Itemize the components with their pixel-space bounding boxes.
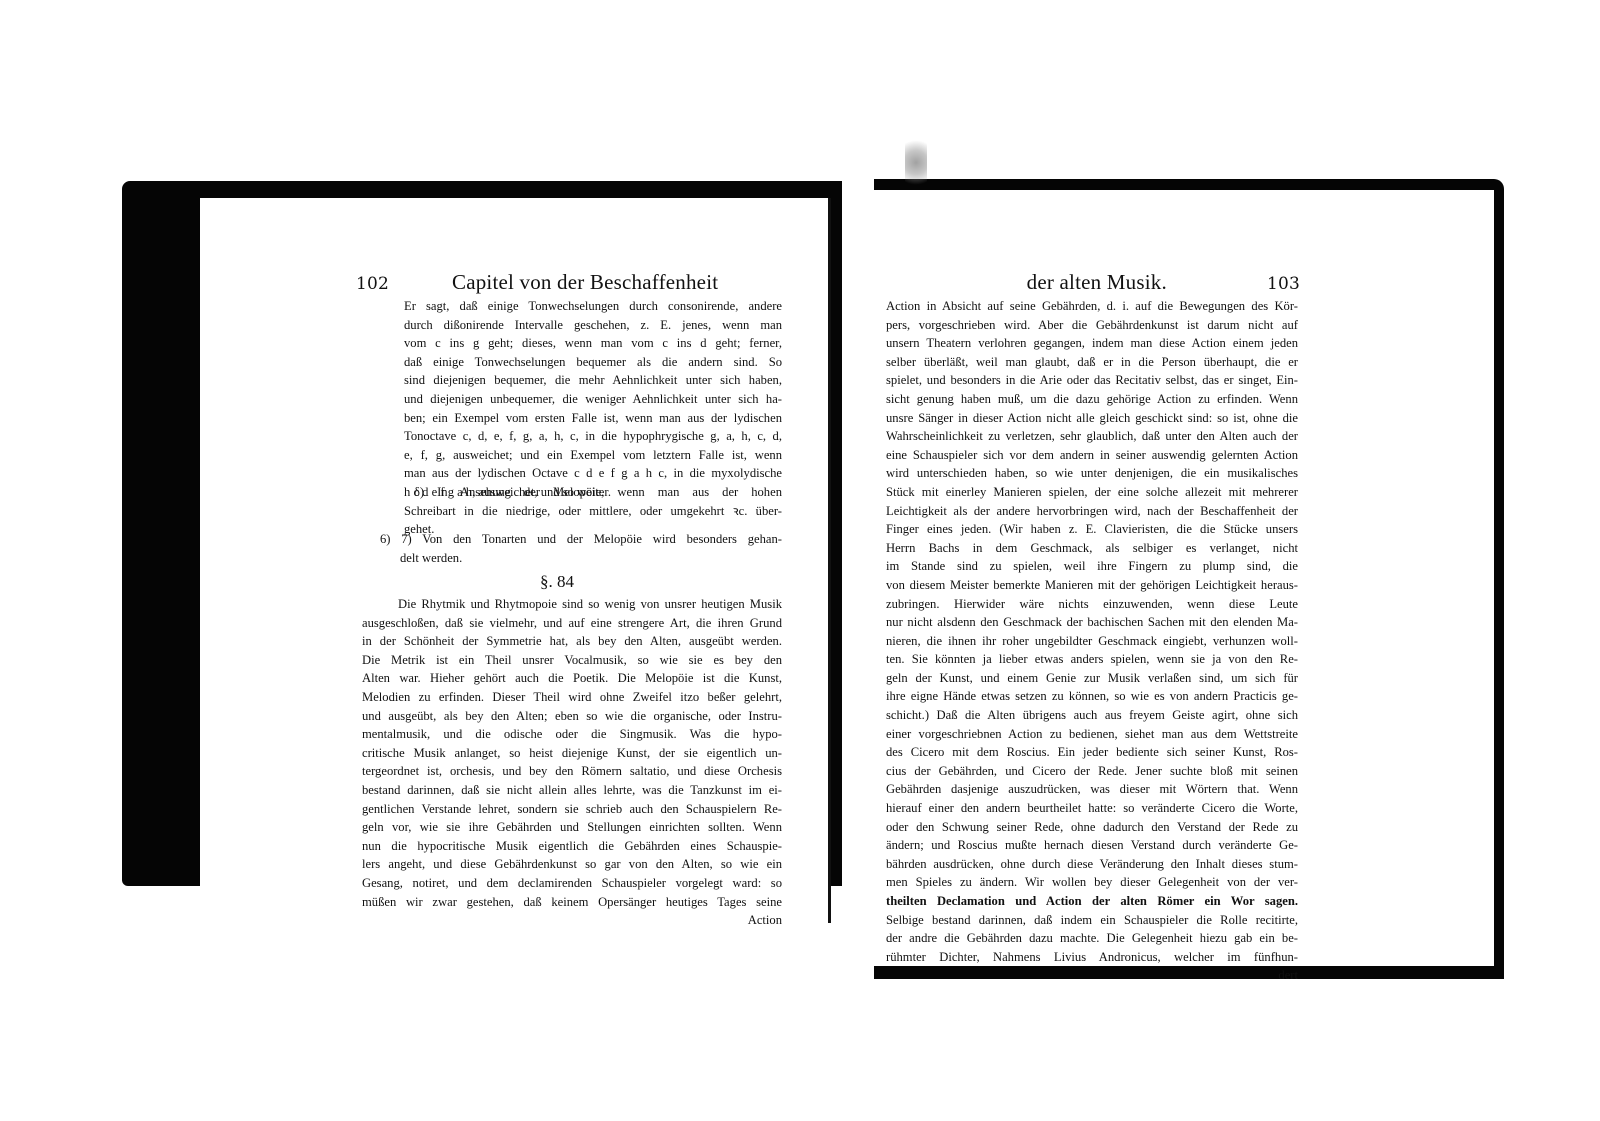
right-page-body: Action in Absicht auf seine Gebährden, d… bbox=[886, 297, 1298, 985]
text-line: δ) In Ansehung der Melopöie, wenn man au… bbox=[404, 483, 782, 502]
text-line: selber überläßt, weil man glaubt, daß er… bbox=[886, 353, 1298, 372]
paragraph-gamma: Er sagt, daß einige Tonwechselungen durc… bbox=[404, 297, 782, 502]
text-line: Gebährden dasjenige auszudrücken, was di… bbox=[886, 780, 1298, 799]
scan-smudge bbox=[905, 135, 927, 190]
text-line: spielet, und besonders in die Arie oder … bbox=[886, 371, 1298, 390]
text-line: in der Schönheit der Symmetrie hat, als … bbox=[362, 632, 782, 651]
text-line: vom c ins g geht; dieses, wenn man vom c… bbox=[404, 334, 782, 353]
text-line: Stück mit einerley Manieren spielen, der… bbox=[886, 483, 1298, 502]
text-line: ändern; und Roscius mußte hernach diesen… bbox=[886, 836, 1298, 855]
text-line: Tonoctave c, d, e, f, g, a, h, c, in die… bbox=[404, 427, 782, 446]
text-line: e, f, g, ausweichet; und ein Exempel vom… bbox=[404, 446, 782, 465]
section-84-body: Die Rhytmik und Rhytmopoie sind so wenig… bbox=[362, 595, 782, 930]
text-line: tergeordnet ist, orchesis, und bey den R… bbox=[362, 762, 782, 781]
text-line: 6) 7) Von den Tonarten und der Melopöie … bbox=[380, 530, 782, 549]
page-number: 103 bbox=[1267, 274, 1300, 294]
page-number: 102 bbox=[356, 274, 426, 294]
text-line: schicht.) Daß die Alten übrigens auch au… bbox=[886, 706, 1298, 725]
text-line: ben; ein Exempel vom ersten Falle ist, w… bbox=[404, 409, 782, 428]
text-line: des Cicero mit dem Roscius. Ein jeder be… bbox=[886, 743, 1298, 762]
text-line: ausgeschloßen, daß sie vielmehr, und auf… bbox=[362, 614, 782, 633]
text-line: Action in Absicht auf seine Gebährden, d… bbox=[886, 297, 1298, 316]
text-line: Selbige bestand darinnen, daß indem ein … bbox=[886, 911, 1298, 930]
text-line: nun die hypocritische Musik eigentlich d… bbox=[362, 837, 782, 856]
text-line: der andre die Gebährden dazu machte. Die… bbox=[886, 929, 1298, 948]
text-line: lers angeht, und diese Gebährdenkunst so… bbox=[362, 855, 782, 874]
text-line: rühmter Dichter, Nahmens Livius Andronic… bbox=[886, 948, 1298, 967]
text-line: delt werden. bbox=[380, 549, 782, 568]
text-line: Wahrscheinlichkeit zu verletzen, sehr gl… bbox=[886, 427, 1298, 446]
text-line: oder den Schwung seiner Rede, ohne dadur… bbox=[886, 818, 1298, 837]
catchword: dert bbox=[886, 966, 1298, 985]
right-page-header: der alten Musik. 103 bbox=[880, 270, 1300, 295]
text-line: geln vor, wie sie ihre Gebährden und Ste… bbox=[362, 818, 782, 837]
text-line: bährden ausdrücken, ohne durch diese Ver… bbox=[886, 855, 1298, 874]
text-line: Leichtigkeit als der andere hervorbringe… bbox=[886, 502, 1298, 521]
left-page-header: 102 Capitel von der Beschaffenheit bbox=[356, 270, 796, 295]
footnote: 6) 7) Von den Tonarten und der Melopöie … bbox=[380, 530, 782, 567]
text-line: critische Musik anlanget, so heist dieje… bbox=[362, 744, 782, 763]
text-line: daß einige Tonwechselungen bequemer als … bbox=[404, 353, 782, 372]
text-line: und diejenigen unbequemer, die weniger A… bbox=[404, 390, 782, 409]
text-line: zubringen. Hierwider wäre nichts einzuwe… bbox=[886, 595, 1298, 614]
text-line: wird unterschieden haben, so wie unter d… bbox=[886, 464, 1298, 483]
text-line: ten. Sie könnten ja lieber etwas anders … bbox=[886, 650, 1298, 669]
text-line: Die Metrik ist ein Theil unsrer Vocalmus… bbox=[362, 651, 782, 670]
text-line: gentlichen Verstande lehret, sondern sie… bbox=[362, 800, 782, 819]
book-gutter bbox=[828, 198, 831, 923]
text-line: müßen wir zwar gestehen, daß keinem Oper… bbox=[362, 893, 782, 912]
text-line: unsern Theatern verlohren gegangen, inde… bbox=[886, 334, 1298, 353]
text-line: pers, vorgeschrieben wird. Aber die Gebä… bbox=[886, 316, 1298, 335]
text-line: Melodien zu erfinden. Dieser Theil wird … bbox=[362, 688, 782, 707]
text-line: men Spieles zu ändern. Wir wollen bey di… bbox=[886, 873, 1298, 892]
text-line: sind diejenigen bequemer, die mehr Aehnl… bbox=[404, 371, 782, 390]
text-line: von diesem Meister bemerkte Manieren mit… bbox=[886, 576, 1298, 595]
running-title: der alten Musik. bbox=[1027, 270, 1167, 295]
text-line: Alten war. Hieher gehört auch die Poetik… bbox=[362, 669, 782, 688]
text-line: Finger eines jeden. (Wir haben z. E. Cla… bbox=[886, 520, 1298, 539]
text-line: durch dißonirende Intervalle geschehen, … bbox=[404, 316, 782, 335]
text-line: Herrn Bachs in dem Geschmack, als selbig… bbox=[886, 539, 1298, 558]
text-line: sicht genung haben muß, um die dazu gehö… bbox=[886, 390, 1298, 409]
catchword: Action bbox=[362, 911, 782, 930]
text-line: Schreibart in die niedrige, oder mittler… bbox=[404, 502, 782, 521]
text-line: bestand darinnen, daß sie nicht allein a… bbox=[362, 781, 782, 800]
section-heading: §. 84 bbox=[540, 572, 574, 592]
text-line: theilten Declamation und Action der alte… bbox=[886, 892, 1298, 911]
text-line: nur nicht alsdenn den Geschmack der bach… bbox=[886, 613, 1298, 632]
text-line: ihre eigne Hände etwas setzen zu können,… bbox=[886, 687, 1298, 706]
text-line: geln der Kunst, und einem Genie zur Musi… bbox=[886, 669, 1298, 688]
text-line: eine Schauspieler sich vor dem andern in… bbox=[886, 446, 1298, 465]
text-line: nieren, die ihnen ihr roher ungebildter … bbox=[886, 632, 1298, 651]
text-line: Gesang, notiret, und dem declamirenden S… bbox=[362, 874, 782, 893]
text-line: man aus der lydischen Octave c d e f g a… bbox=[404, 464, 782, 483]
running-title: Capitel von der Beschaffenheit bbox=[452, 270, 718, 295]
text-line: Er sagt, daß einige Tonwechselungen durc… bbox=[404, 297, 782, 316]
text-line: Die Rhytmik und Rhytmopoie sind so wenig… bbox=[362, 595, 782, 614]
text-line: unsre Sänger in dieser Action nicht alle… bbox=[886, 409, 1298, 428]
text-line: mentalmusik, und die odische oder die Si… bbox=[362, 725, 782, 744]
text-line: einer vorgeschriebnen Action zu bedienen… bbox=[886, 725, 1298, 744]
text-line: und ausgeübt, als bey den Alten; eben so… bbox=[362, 707, 782, 726]
text-line: cius der Gebährden, und Cicero der Rede.… bbox=[886, 762, 1298, 781]
text-line: im Stande sind zu spielen, weil ihre Fin… bbox=[886, 557, 1298, 576]
text-line: hierauf einer den andern beurtheilet hat… bbox=[886, 799, 1298, 818]
